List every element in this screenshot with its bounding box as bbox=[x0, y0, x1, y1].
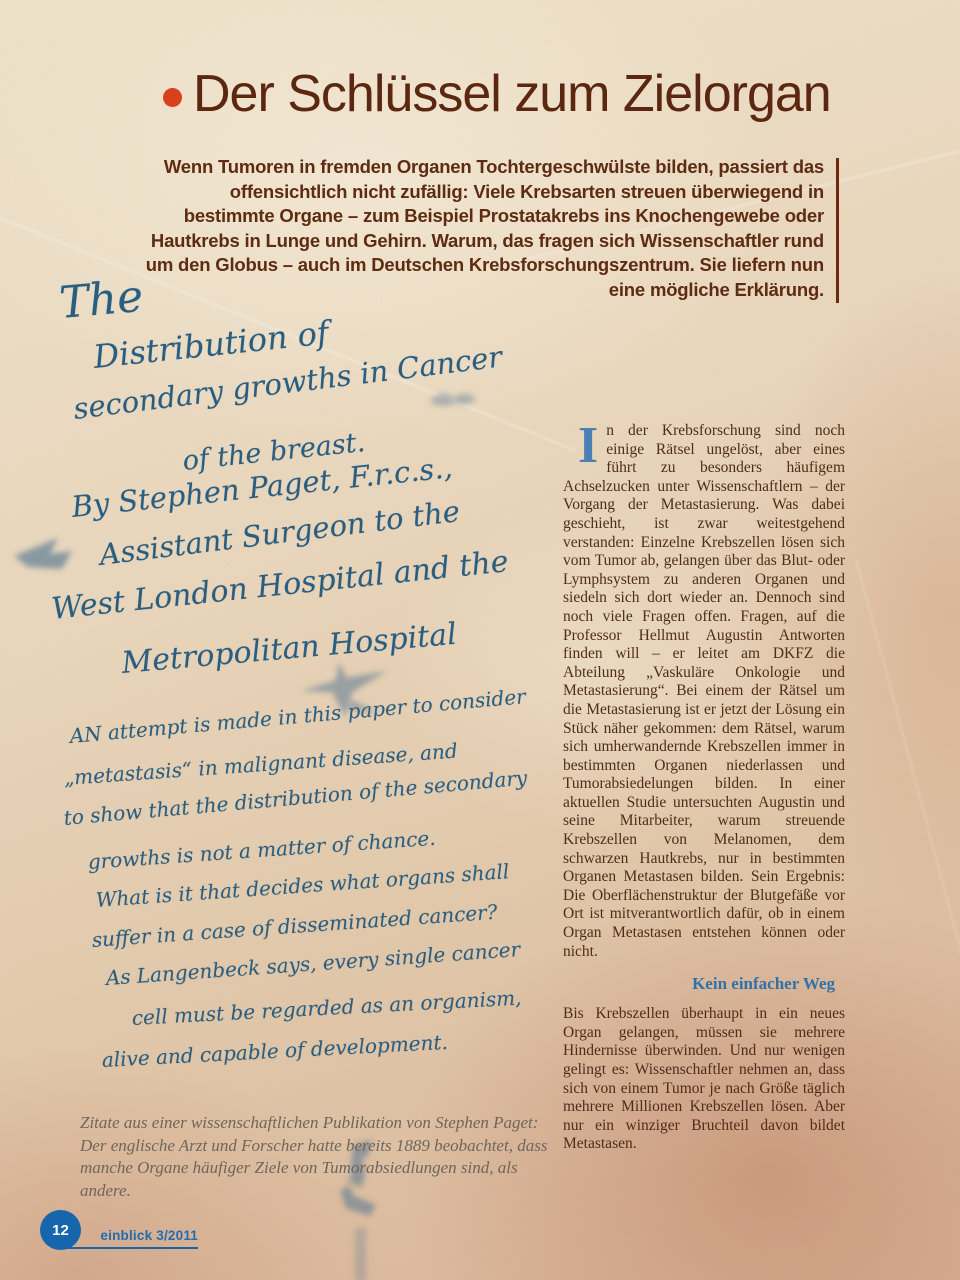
handwriting-line: to show that the distribution of the sec… bbox=[63, 766, 528, 830]
handwriting-line: „metastasis“ in malignant disease, and bbox=[63, 739, 458, 790]
handwriting-line: As Langenbeck says, every single cancer bbox=[105, 937, 521, 990]
drop-cap: I bbox=[578, 424, 598, 468]
magazine-page: Der Schlüssel zum Zielorgan Wenn Tumoren… bbox=[0, 0, 960, 1280]
handwriting-line: Assistant Surgeon to the bbox=[98, 494, 462, 572]
magazine-issue-label: einblick 3/2011 bbox=[66, 1228, 198, 1243]
ink-smudge bbox=[301, 662, 387, 717]
handwriting-line: Metropolitan Hospital bbox=[120, 617, 458, 681]
handwriting-line: alive and capable of development. bbox=[101, 1030, 448, 1072]
paragraph-text: n der Krebsforschung sind noch einige Rä… bbox=[563, 422, 845, 960]
handwriting-line: What is it that decides what organs shal… bbox=[95, 859, 510, 912]
paper-crease bbox=[855, 558, 960, 964]
handwriting-line: AN attempt is made in this paper to cons… bbox=[69, 684, 527, 748]
handwriting-line: of the breast. bbox=[181, 427, 366, 477]
intro-divider bbox=[836, 158, 839, 303]
bullet-icon bbox=[163, 88, 182, 107]
handwriting-line: cell must be regarded as an organism, bbox=[131, 986, 522, 1030]
intro-paragraph: Wenn Tumoren in fremden Organen Tochterg… bbox=[136, 155, 824, 302]
handwriting-line: suffer in a case of disseminated cancer? bbox=[91, 900, 498, 952]
image-caption: Zitate aus einer wissenschaftlichen Publ… bbox=[80, 1112, 558, 1202]
footer-rule bbox=[66, 1247, 198, 1249]
handwriting-line: The bbox=[57, 271, 145, 329]
handwriting-line: By Stephen Paget, F.r.c.s., bbox=[70, 450, 454, 524]
handwriting-line: secondary growths in Cancer bbox=[72, 340, 504, 426]
article-paragraph-1: In der Krebsforschung sind noch einige R… bbox=[563, 422, 845, 961]
handwriting-line: West London Hospital and the bbox=[50, 544, 510, 627]
handwriting-line: Distribution of bbox=[92, 313, 331, 375]
page-title: Der Schlüssel zum Zielorgan bbox=[193, 64, 831, 124]
ink-smudge bbox=[430, 393, 476, 406]
article-column: In der Krebsforschung sind noch einige R… bbox=[563, 422, 845, 1154]
article-header: Der Schlüssel zum Zielorgan bbox=[163, 64, 831, 124]
section-heading: Kein einfacher Weg bbox=[563, 974, 835, 994]
article-paragraph-2: Bis Krebszellen überhaupt in ein neues O… bbox=[563, 1005, 845, 1154]
handwriting-line: growths is not a matter of chance. bbox=[87, 826, 436, 874]
ink-smudge bbox=[14, 538, 72, 569]
